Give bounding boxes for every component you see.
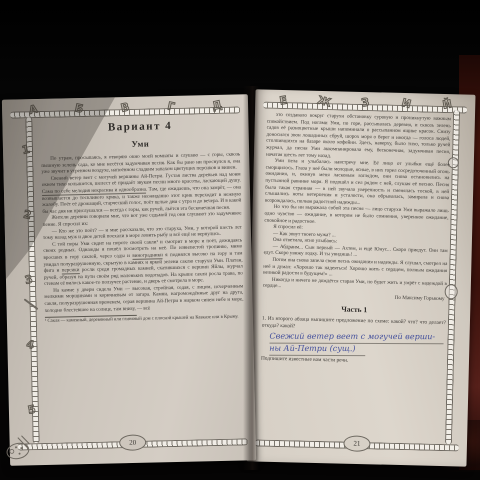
alphabet-letter: Й <box>441 98 452 110</box>
alphabet-letter: В <box>120 101 131 114</box>
pencil-icon <box>24 298 39 310</box>
section-heading: Часть 1 <box>262 303 446 316</box>
photo-background: АБВГД 12345 20 Вариант 4 Уми По утрам, п… <box>0 0 480 480</box>
number-ornament: 4 <box>25 339 35 351</box>
paragraph: С той поры Уми сидит на пороге своей сак… <box>43 237 243 288</box>
right-page-content: это создавало вокруг старухи обстановку … <box>259 112 451 438</box>
alphabet-letter: И <box>400 97 412 110</box>
page-number: 20 <box>129 439 136 447</box>
number-ornament: 3 <box>24 274 34 286</box>
page-number-badge: 21 <box>343 435 370 452</box>
alphabet-letter: Г <box>167 100 176 112</box>
left-page: АБВГД 12345 20 Вариант 4 Уми По утрам, п… <box>2 94 256 465</box>
paragraph: это создавало вокруг старухи обстановку … <box>266 112 451 163</box>
page-number: 21 <box>353 440 360 448</box>
paragraph: На камне у двери сидела Уми — высокая, с… <box>44 283 244 314</box>
alphabet-letter: Е <box>279 95 288 107</box>
alphabet-letter: Д <box>211 99 223 112</box>
handwritten-answer-line-1: Свежий ветер веет с могучей верши- <box>270 332 444 344</box>
rope-border-bottom: 20 <box>18 432 248 451</box>
page-number-badge: 20 <box>119 434 146 451</box>
paragraph: Уми пела и улыбалась навстречу мне. Её л… <box>265 158 450 209</box>
handwritten-answer-line-2: ны Ай-Петри (сущ.) <box>269 344 365 356</box>
alphabet-letter: З <box>361 96 371 108</box>
palette-icon <box>2 432 38 468</box>
story-text-right: это создавало вокруг старухи обстановку … <box>263 112 451 294</box>
number-ornament: 5 <box>27 404 37 416</box>
task-1-instruction-2: Подпишите известные вам части речи. <box>261 356 445 367</box>
paragraph: Свежий ветер веет с могучей вершины Ай-П… <box>42 171 242 215</box>
story-text-left: По утрам, просыпаясь, я отворяю окно мое… <box>41 151 244 314</box>
right-page: ЕЖЗИЙ 21 это создавало вокруг старухи об… <box>246 89 475 466</box>
alphabet-letter: Ж <box>317 95 333 109</box>
